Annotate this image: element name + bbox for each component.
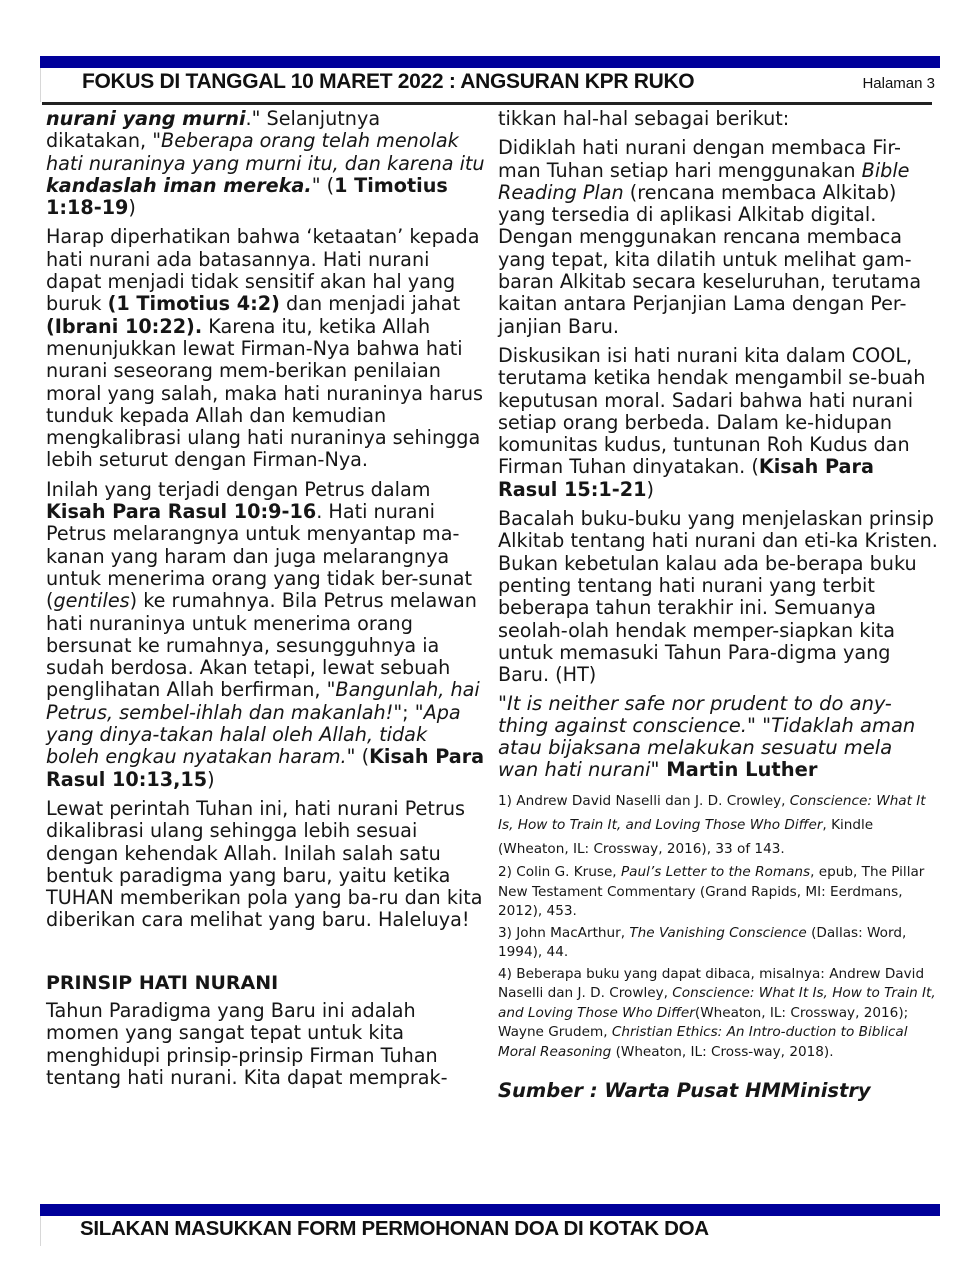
body-text: ): [207, 768, 215, 791]
references-list: 1) Andrew David Naselli dan J. D. Crowle…: [498, 789, 938, 1062]
paragraph: Didiklah hati nurani dengan membaca Fir-…: [498, 137, 938, 338]
paragraph: Lewat perintah Tuhan ini, hati nurani Pe…: [46, 798, 486, 932]
reference-item: 4) Beberapa buku yang dapat dibaca, misa…: [498, 965, 938, 1063]
footer-accent-bar: [40, 1204, 940, 1216]
italic-term: gentiles: [54, 589, 130, 612]
scripture-reference: (1 Timotius 4:2): [108, 292, 280, 315]
body-text: " (: [347, 745, 369, 768]
body-text: " (: [312, 174, 334, 197]
body-text: Karena itu, ketika Allah menunjukkan lew…: [46, 315, 483, 472]
body-text: "; ": [393, 701, 423, 724]
reference-text: 2) Colin G. Kruse,: [498, 864, 621, 880]
quote-author: Martin Luther: [659, 758, 817, 781]
paragraph: tikkan hal-hal sebagai berikut:: [498, 108, 938, 130]
page-title: FOKUS DI TANGGAL 10 MARET 2022 : ANGSURA…: [82, 70, 694, 94]
paragraph: nurani yang murni." Selanjutnya dikataka…: [46, 108, 486, 219]
body-text: (rencana membaca Alkitab) yang tersedia …: [498, 181, 921, 338]
body-text: Didiklah hati nurani dengan membaca Fir-…: [498, 136, 901, 181]
left-column: nurani yang murni." Selanjutnya dikataka…: [46, 108, 486, 1096]
paragraph: Bacalah buku-buku yang menjelaskan prins…: [498, 508, 938, 686]
scripture-reference: (Ibrani 10:22).: [46, 315, 202, 338]
footer-edge-line: [40, 1216, 41, 1246]
paragraph: Diskusikan isi hati nurani kita dalam CO…: [498, 345, 938, 501]
page-number: Halaman 3: [862, 75, 935, 92]
footer-notice: SILAKAN MASUKKAN FORM PERMOHONAN DOA DI …: [80, 1217, 709, 1241]
source-credit: Sumber : Warta Pusat HMMinistry: [498, 1080, 938, 1102]
body-text: ): [128, 196, 136, 219]
paragraph: Inilah yang terjadi dengan Petrus dalam …: [46, 479, 486, 791]
reference-text: (Wheaton, IL: Cross-way, 2018).: [611, 1044, 833, 1060]
right-column: tikkan hal-hal sebagai berikut: Didiklah…: [498, 108, 938, 1103]
emphasis-text: kandaslah iman mereka.: [46, 174, 312, 197]
paragraph: Harap diperhatikan bahwa ‘ketaatan’ kepa…: [46, 226, 486, 471]
body-text: ): [646, 478, 654, 501]
reference-item: 3) John MacArthur, The Vanishing Conscie…: [498, 924, 938, 963]
emphasis-text: nurani yang murni: [46, 107, 246, 130]
section-heading: PRINSIP HATI NURANI: [46, 972, 486, 994]
scripture-reference: Kisah Para Rasul 10:9-16: [46, 500, 316, 523]
reference-item: 1) Andrew David Naselli dan J. D. Crowle…: [498, 789, 938, 861]
body-text: Inilah yang terjadi dengan Petrus dalam: [46, 478, 430, 501]
reference-item: 2) Colin G. Kruse, Paul’s Letter to the …: [498, 863, 938, 922]
reference-text: 3) John MacArthur,: [498, 925, 629, 941]
page-header: FOKUS DI TANGGAL 10 MARET 2022 : ANGSURA…: [40, 68, 935, 102]
reference-text: 1) Andrew David Naselli dan J. D. Crowle…: [498, 793, 790, 809]
pull-quote: "It is neither safe nor prudent to do an…: [498, 693, 938, 781]
header-divider: [42, 102, 932, 105]
paragraph: Tahun Paradigma yang Baru ini adalah mom…: [46, 1000, 486, 1089]
reference-title: Paul’s Letter to the Romans: [621, 864, 810, 880]
reference-title: The Vanishing Conscience: [629, 925, 806, 941]
header-accent-bar: [40, 56, 940, 68]
body-text: dan menjadi jahat: [280, 292, 460, 315]
